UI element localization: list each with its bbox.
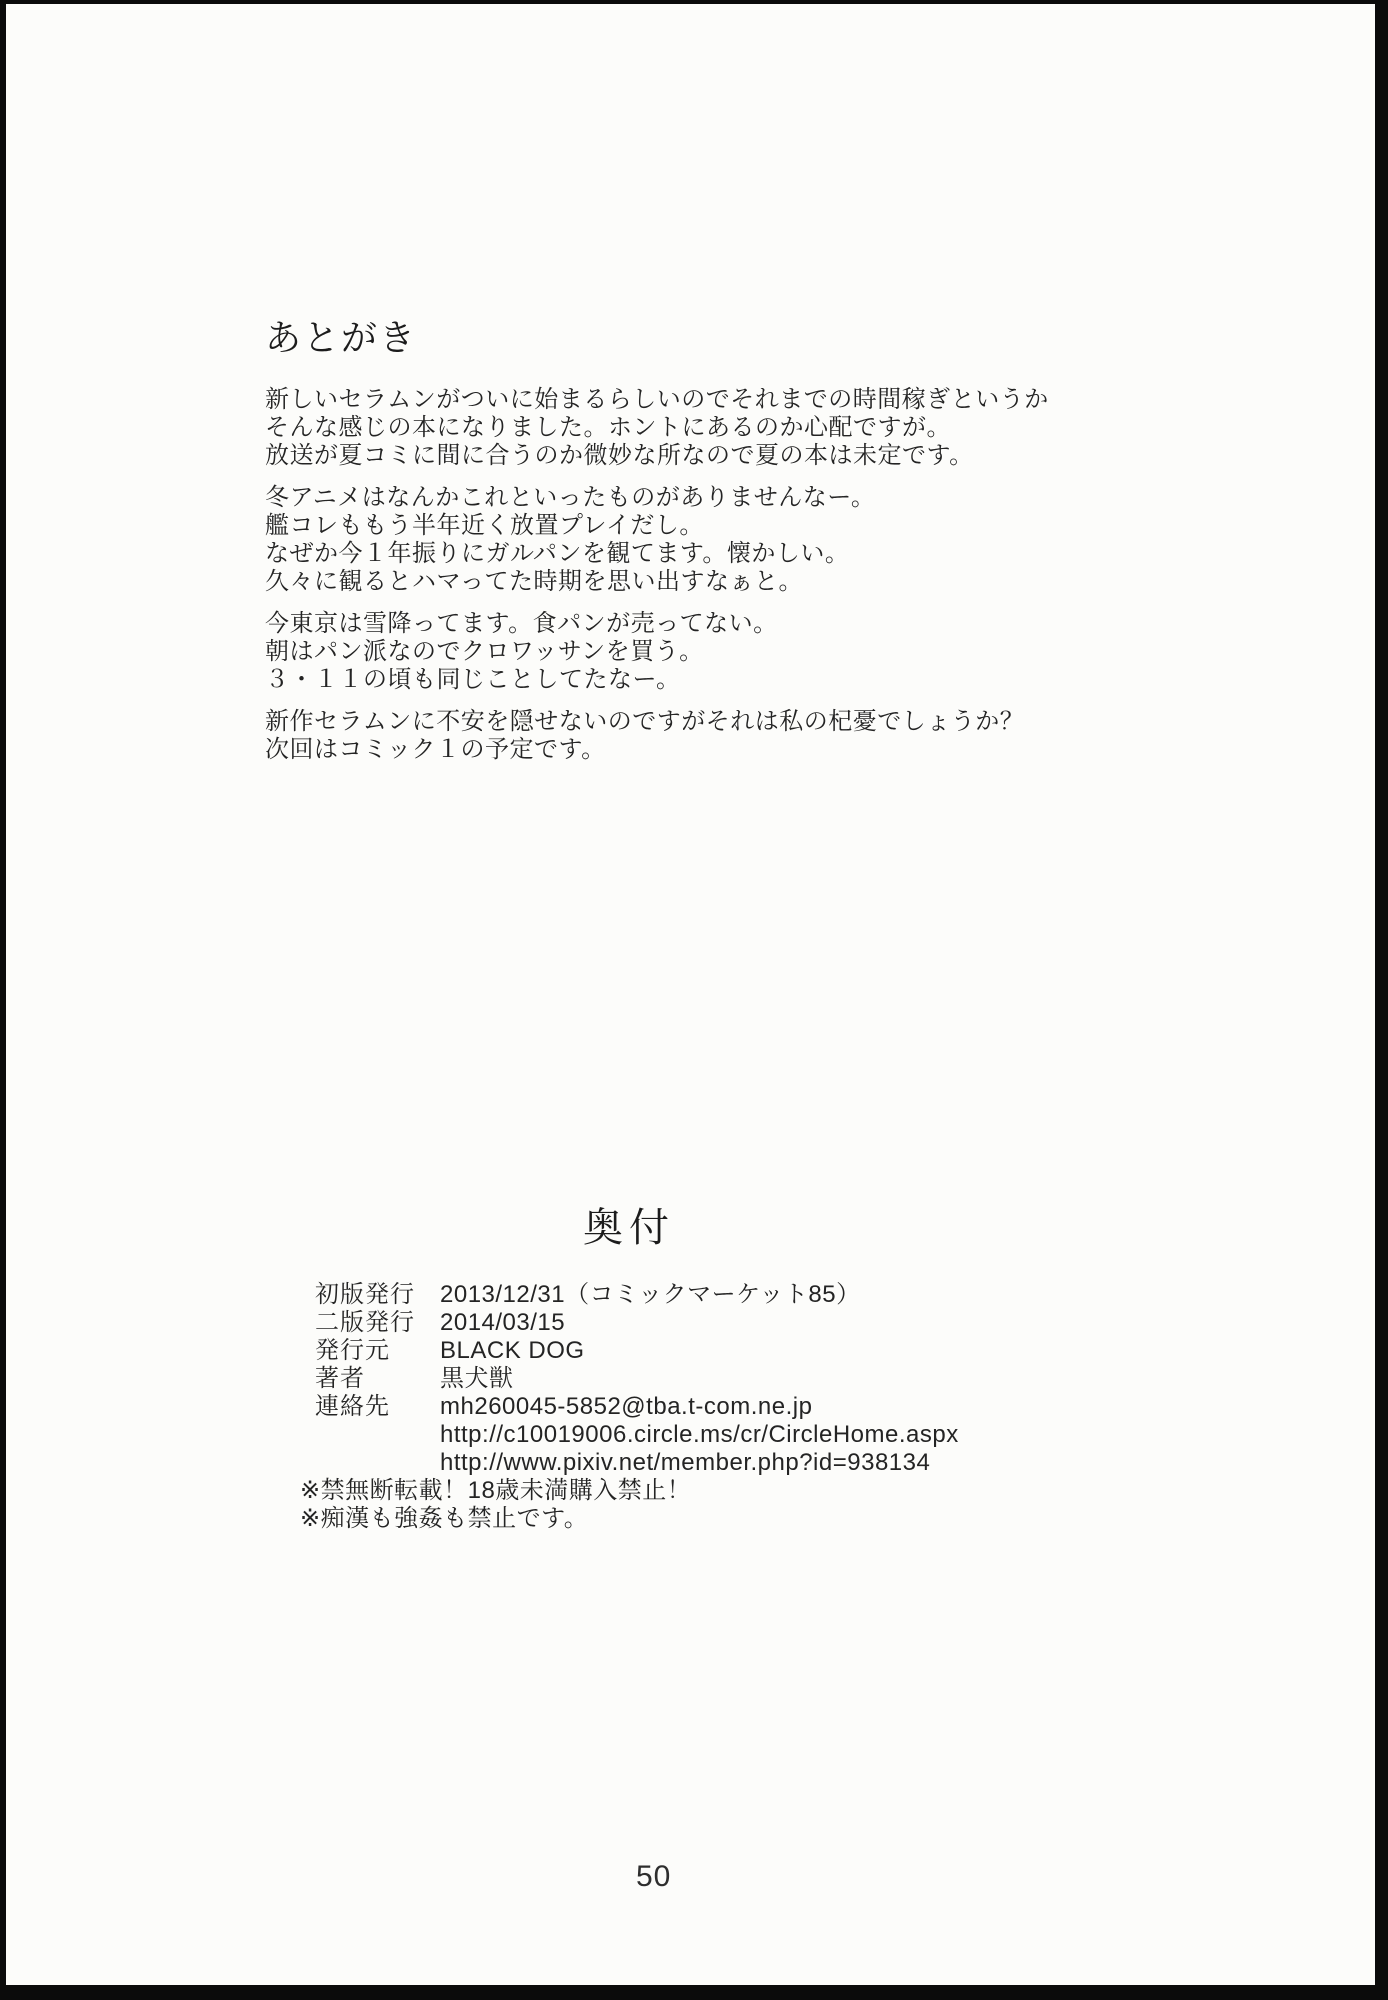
colophon-label — [315, 1421, 440, 1449]
note-line: ※痴漢も強姦も禁止です。 — [300, 1505, 691, 1533]
colophon-value: 2013/12/31（コミックマーケット85） — [440, 1281, 861, 1309]
page-number: 50 — [636, 1862, 671, 1892]
text-line: ３・１１の頃も同じことしてたなー。 — [265, 666, 1265, 694]
colophon-row-contact-email: 連絡先 mh260045-5852@tba.t-com.ne.jp — [315, 1393, 1275, 1421]
document-page: あとがき 新しいセラムンがついに始まるらしいのでそれまでの時間稼ぎというか そん… — [6, 4, 1375, 1985]
text-line: 新しいセラムンがついに始まるらしいのでそれまでの時間稼ぎというか — [265, 386, 1265, 414]
text-line: 今東京は雪降ってます。食パンが売ってない。 — [265, 610, 1265, 638]
text-line: 久々に観るとハマってた時期を思い出すなぁと。 — [265, 568, 1265, 596]
afterword-paragraph: 新作セラムンに不安を隠せないのですがそれは私の杞憂でしょうか？ 次回はコミック１… — [265, 708, 1265, 764]
text-line: 冬アニメはなんかこれといったものがありませんなー。 — [265, 484, 1265, 512]
colophon-label — [315, 1449, 440, 1477]
note-line: ※禁無断転載！18歳未満購入禁止！ — [300, 1477, 691, 1505]
text-line: 新作セラムンに不安を隠せないのですがそれは私の杞憂でしょうか？ — [265, 708, 1265, 736]
colophon-label: 初版発行 — [315, 1281, 440, 1309]
colophon-value: BLACK DOG — [440, 1337, 585, 1365]
colophon-label: 著者 — [315, 1365, 440, 1393]
circle-url-text: http://c10019006.circle.ms/cr/CircleHome… — [440, 1421, 959, 1449]
text-line: 放送が夏コミに間に合うのか微妙な所なので夏の本は未定です。 — [265, 442, 1265, 470]
afterword-paragraph: 今東京は雪降ってます。食パンが売ってない。 朝はパン派なのでクロワッサンを買う。… — [265, 610, 1265, 694]
colophon-row-author: 著者 黒犬獣 — [315, 1365, 1275, 1393]
colophon-table: 初版発行 2013/12/31（コミックマーケット85） 二版発行 2014/0… — [315, 1281, 1275, 1477]
text-line: 朝はパン派なのでクロワッサンを買う。 — [265, 638, 1265, 666]
colophon-value: 黒犬獣 — [440, 1365, 514, 1393]
colophon-row-circle-url: http://c10019006.circle.ms/cr/CircleHome… — [315, 1421, 1275, 1449]
colophon-notes: ※禁無断転載！18歳未満購入禁止！ ※痴漢も強姦も禁止です。 — [300, 1477, 691, 1533]
afterword-paragraph: 冬アニメはなんかこれといったものがありませんなー。 艦コレももう半年近く放置プレ… — [265, 484, 1265, 596]
pixiv-url-text: http://www.pixiv.net/member.php?id=93813… — [440, 1449, 930, 1477]
colophon-label: 連絡先 — [315, 1393, 440, 1421]
text-line: そんな感じの本になりました。ホントにあるのか心配ですが。 — [265, 414, 1265, 442]
colophon-row-second-edition: 二版発行 2014/03/15 — [315, 1309, 1275, 1337]
colophon-title: 奥付 — [583, 1208, 675, 1248]
colophon-row-first-edition: 初版発行 2013/12/31（コミックマーケット85） — [315, 1281, 1275, 1309]
afterword-title: あとがき — [265, 320, 417, 356]
afterword-body: 新しいセラムンがついに始まるらしいのでそれまでの時間稼ぎというか そんな感じの本… — [265, 386, 1265, 778]
text-line: 次回はコミック１の予定です。 — [265, 736, 1265, 764]
contact-email-text: mh260045-5852@tba.t-com.ne.jp — [440, 1393, 812, 1421]
text-line: なぜか今１年振りにガルパンを観てます。懐かしい。 — [265, 540, 1265, 568]
colophon-label: 二版発行 — [315, 1309, 440, 1337]
colophon-label: 発行元 — [315, 1337, 440, 1365]
colophon-row-pixiv-url: http://www.pixiv.net/member.php?id=93813… — [315, 1449, 1275, 1477]
colophon-value: 2014/03/15 — [440, 1309, 565, 1337]
afterword-paragraph: 新しいセラムンがついに始まるらしいのでそれまでの時間稼ぎというか そんな感じの本… — [265, 386, 1265, 470]
text-line: 艦コレももう半年近く放置プレイだし。 — [265, 512, 1265, 540]
colophon-row-publisher: 発行元 BLACK DOG — [315, 1337, 1275, 1365]
